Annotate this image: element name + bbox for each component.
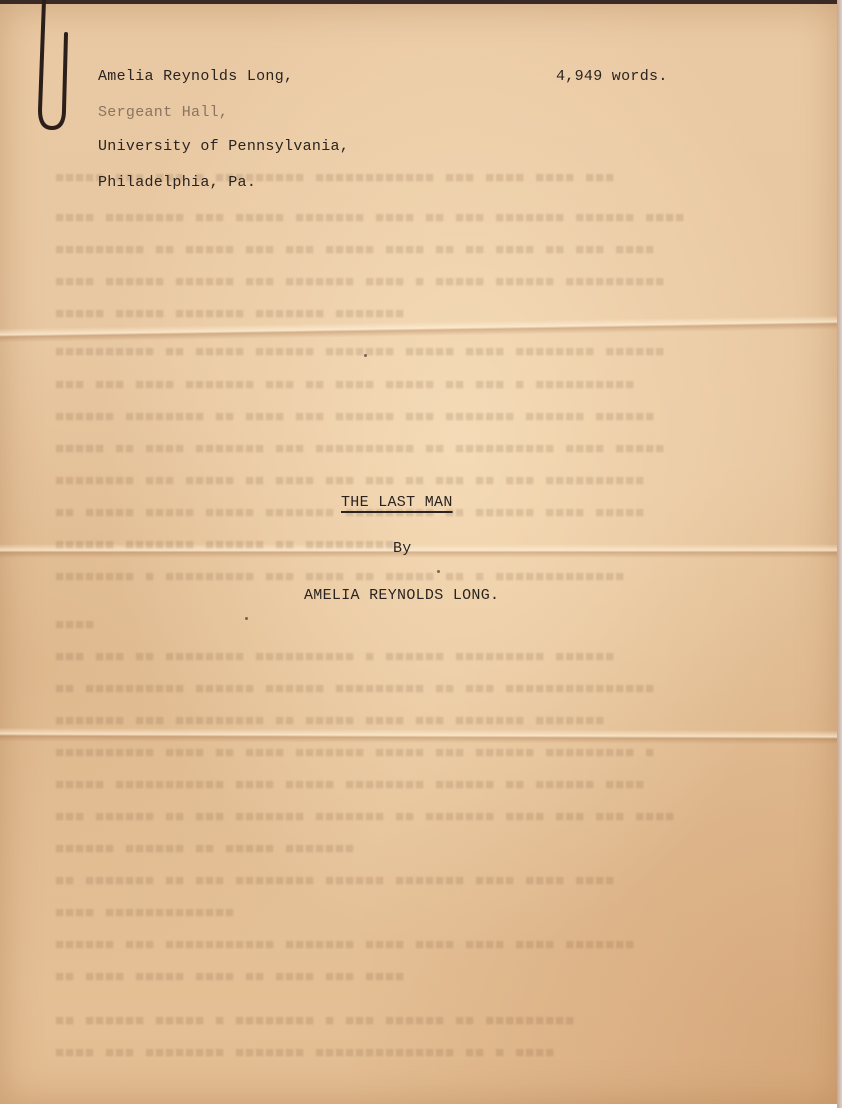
paper-speck <box>245 617 248 620</box>
address-hall-line: Sergeant Hall, <box>98 104 228 121</box>
story-title: THE LAST MAN <box>341 494 453 511</box>
word-count: 4,949 words. <box>556 68 668 85</box>
scan-right-edge <box>837 0 842 1108</box>
author-name-line: Amelia Reynolds Long, <box>98 68 293 85</box>
paper-speck <box>364 354 367 357</box>
byline-author: AMELIA REYNOLDS LONG. <box>304 587 499 604</box>
paper-clip-icon <box>32 0 72 135</box>
byline-by: By <box>393 540 412 557</box>
address-city-line: Philadelphia, Pa. <box>98 174 256 191</box>
address-university-line: University of Pennsylvania, <box>98 138 349 155</box>
paper-speck <box>437 570 440 573</box>
fold-crease <box>0 728 838 745</box>
manuscript-page: ■■■■■ ■■■ ■■■ ■ ■■■■■■■■■ ■■■■■■■■■■■■ ■… <box>0 4 838 1104</box>
